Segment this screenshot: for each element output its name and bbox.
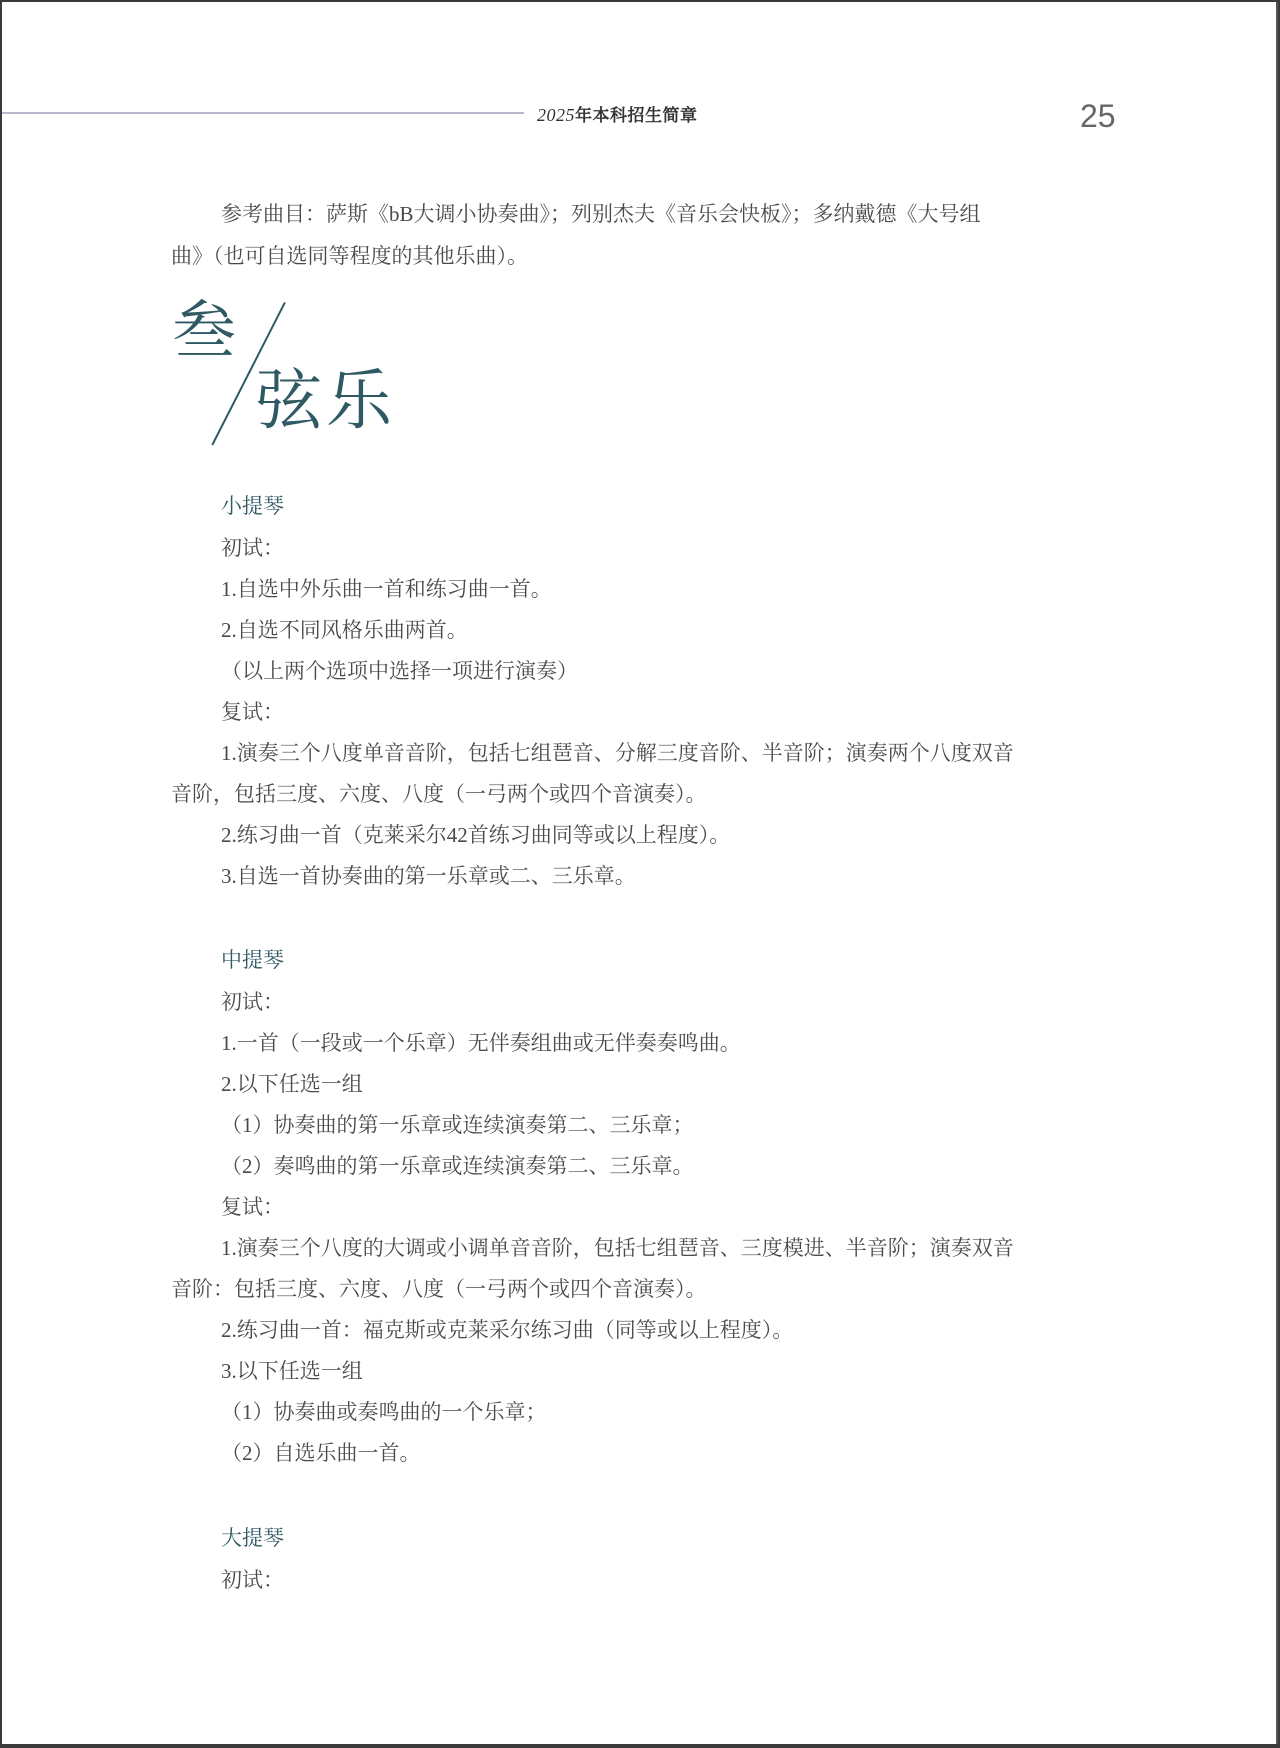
intro-line-1: 参考曲目：萨斯《bB大调小协奏曲》；列别杰夫《音乐会快板》；多纳戴德《大号组 xyxy=(221,198,981,228)
viola-line: 音阶：包括三度、六度、八度（一弓两个或四个音演奏）。 xyxy=(171,1273,707,1303)
instrument-heading-cello: 大提琴 xyxy=(221,1522,284,1552)
viola-line: 1.演奏三个八度的大调或小调单音音阶，包括七组琶音、三度模进、半音阶；演奏双音 xyxy=(221,1232,1014,1262)
viola-line: 复试： xyxy=(221,1191,284,1221)
viola-line: 2.以下任选一组 xyxy=(221,1068,363,1098)
violin-line: 音阶，包括三度、六度、八度（一弓两个或四个音演奏）。 xyxy=(171,778,707,808)
intro-line-2: 曲》（也可自选同等程度的其他乐曲）。 xyxy=(171,240,528,270)
section-title: 弦乐 xyxy=(256,368,396,434)
viola-line: （2）自选乐曲一首。 xyxy=(221,1437,421,1467)
header-title: 2025年本科招生简章 xyxy=(537,101,698,126)
header-rule xyxy=(2,112,524,114)
viola-line: 2.练习曲一首：福克斯或克莱采尔练习曲（同等或以上程度）。 xyxy=(221,1314,793,1344)
violin-line: 初试： xyxy=(221,532,284,562)
viola-line: （2）奏鸣曲的第一乐章或连续演奏第二、三乐章。 xyxy=(221,1150,694,1180)
violin-line: 1.自选中外乐曲一首和练习曲一首。 xyxy=(221,573,552,603)
viola-line: 3.以下任选一组 xyxy=(221,1355,363,1385)
violin-line: 2.练习曲一首（克莱采尔42首练习曲同等或以上程度）。 xyxy=(221,819,730,849)
violin-line: 1.演奏三个八度单音音阶，包括七组琶音、分解三度音阶、半音阶；演奏两个八度双音 xyxy=(221,737,1014,767)
violin-line: （以上两个选项中选择一项进行演奏） xyxy=(221,655,578,685)
page-number: 25 xyxy=(1080,98,1116,135)
document-page: 2025年本科招生简章 25 参考曲目：萨斯《bB大调小协奏曲》；列别杰夫《音乐… xyxy=(2,2,1278,1744)
violin-line: 复试： xyxy=(221,696,284,726)
viola-line: 初试： xyxy=(221,986,284,1016)
instrument-heading-viola: 中提琴 xyxy=(221,944,284,974)
viola-line: （1）协奏曲的第一乐章或连续演奏第二、三乐章； xyxy=(221,1109,694,1139)
violin-line: 2.自选不同风格乐曲两首。 xyxy=(221,614,468,644)
viola-line: 1.一首（一段或一个乐章）无伴奏组曲或无伴奏奏鸣曲。 xyxy=(221,1027,741,1057)
instrument-heading-violin: 小提琴 xyxy=(221,490,284,520)
cello-line: 初试： xyxy=(221,1564,284,1594)
viola-line: （1）协奏曲或奏鸣曲的一个乐章； xyxy=(221,1396,547,1426)
header-title-text: 年本科招生简章 xyxy=(575,106,698,125)
section-number: 叁 xyxy=(172,300,236,364)
violin-line: 3.自选一首协奏曲的第一乐章或二、三乐章。 xyxy=(221,860,636,890)
header-year: 2025 xyxy=(537,105,575,125)
